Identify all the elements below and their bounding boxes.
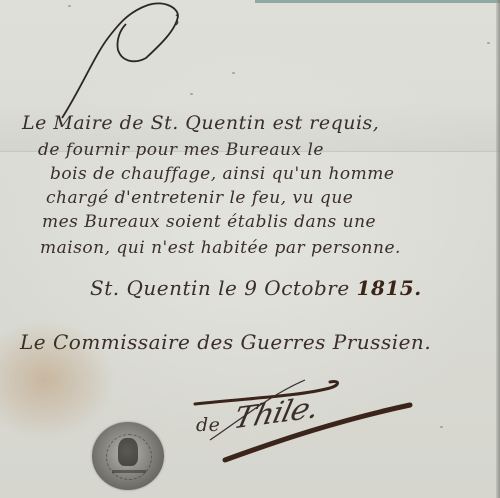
signature-underline-strokes-icon	[0, 0, 500, 498]
document-page: Le Maire de St. Quentin est requis, de f…	[0, 0, 500, 498]
seal-band	[112, 470, 146, 473]
wax-seal-stamp	[92, 422, 164, 490]
seal-eagle-figure-icon	[118, 438, 138, 466]
